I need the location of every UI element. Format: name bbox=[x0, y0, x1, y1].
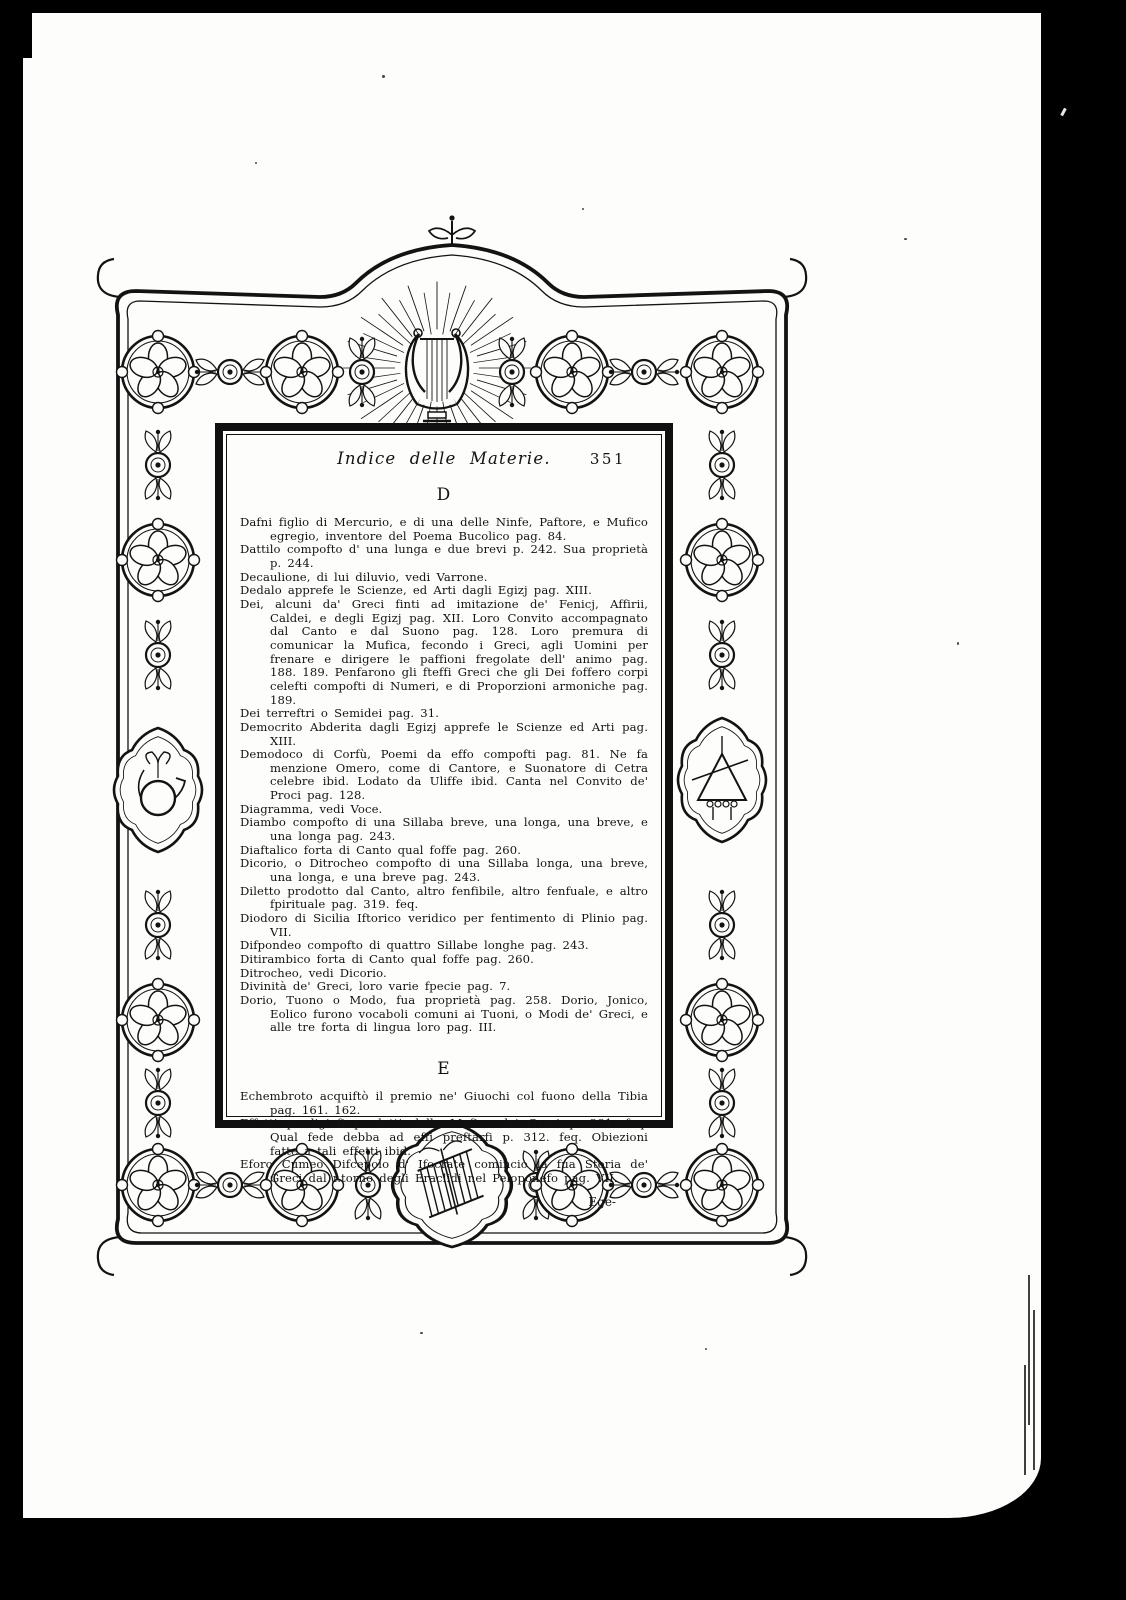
index-entry: Echembroto acquiftò il premio ne' Giuoch… bbox=[240, 1090, 648, 1117]
scan-speck bbox=[705, 1348, 707, 1350]
index-entry: Ditrocheo, vedi Dicorio. bbox=[240, 967, 648, 981]
index-section: DDafni figlio di Mercurio, e di una dell… bbox=[240, 485, 648, 1035]
page-edge-striation bbox=[1024, 1365, 1026, 1475]
section-letter: E bbox=[240, 1059, 648, 1079]
page-gutter-line bbox=[20, 0, 23, 1520]
book-page: Indice delle Materie. 351 DDafni figlio … bbox=[22, 10, 1044, 1518]
catchword: Ege- bbox=[240, 1195, 648, 1209]
scan-speck bbox=[420, 1332, 423, 1334]
index-entry: Diaftalico forta di Canto qual foffe pag… bbox=[240, 844, 648, 858]
page-edge-striation bbox=[1028, 1275, 1030, 1425]
index-entry: Decaulione, di lui diluvio, vedi Varrone… bbox=[240, 571, 648, 585]
text-frame: Indice delle Materie. 351 DDafni figlio … bbox=[215, 423, 673, 1128]
hunting-horn-icon bbox=[114, 728, 202, 852]
section-letter: D bbox=[240, 485, 648, 505]
index-entry: Ditirambico forta di Canto qual foffe pa… bbox=[240, 953, 648, 967]
scan-speck bbox=[255, 162, 257, 164]
crown-finial-icon bbox=[429, 215, 475, 245]
scan-edge-top bbox=[0, 0, 1126, 13]
index-entry: Dei terreftri o Semidei pag. 31. bbox=[240, 707, 648, 721]
scan-edge-corner bbox=[0, 0, 32, 58]
page-edge-striation bbox=[1033, 1310, 1035, 1470]
index-entry: Diodoro di Sicilia Iftorico veridico per… bbox=[240, 912, 648, 939]
index-entry: Dorio, Tuono o Modo, fua proprietà pag. … bbox=[240, 994, 648, 1035]
scan-speck bbox=[382, 75, 385, 78]
scanned-book-page: Indice delle Materie. 351 DDafni figlio … bbox=[0, 0, 1126, 1600]
page-header: Indice delle Materie. 351 bbox=[240, 449, 648, 471]
right-ornament-band bbox=[678, 430, 766, 1138]
index-entry: Diletto prodotto dal Canto, altro fenfib… bbox=[240, 885, 648, 912]
rose-medallion-icon bbox=[117, 331, 200, 414]
index-entry: Dedalo apprefe le Scienze, ed Arti dagli… bbox=[240, 584, 648, 598]
index-entry: Eforo Cumeo Difcepolo d' Ifocrate cominc… bbox=[240, 1158, 648, 1185]
index-entry: Dicorio, o Ditrocheo compofto di una Sil… bbox=[240, 857, 648, 884]
index-sections: DDafni figlio di Mercurio, e di una dell… bbox=[240, 485, 648, 1186]
index-section: EEchembroto acquiftò il premio ne' Giuoc… bbox=[240, 1059, 648, 1186]
index-entry: Difpondeo compofto di quattro Sillabe lo… bbox=[240, 939, 648, 953]
musical-triangle-icon bbox=[678, 718, 766, 842]
text-block: Indice delle Materie. 351 DDafni figlio … bbox=[226, 434, 662, 1117]
left-ornament-band bbox=[114, 430, 202, 1138]
index-entry: Diambo compofto di una Sillaba breve, un… bbox=[240, 816, 648, 843]
index-entry: Effetti prodigiofi prodotti dalla Mufica… bbox=[240, 1117, 648, 1158]
index-entry: Divinità de' Greci, loro varie fpecie pa… bbox=[240, 980, 648, 994]
running-title: Indice delle Materie. bbox=[337, 449, 551, 468]
index-entry: Democrito Abderita dagli Egizj apprefe l… bbox=[240, 721, 648, 748]
index-entry: Diagramma, vedi Voce. bbox=[240, 803, 648, 817]
scan-dust bbox=[1060, 108, 1066, 116]
scan-speck bbox=[957, 642, 959, 645]
index-entry: Dafni figlio di Mercurio, e di una delle… bbox=[240, 516, 648, 543]
page-number: 351 bbox=[590, 450, 626, 468]
scan-speck bbox=[582, 208, 584, 210]
index-entry: Dei, alcuni da' Greci finti ad imitazion… bbox=[240, 598, 648, 707]
index-entry: Demodoco di Corfù, Poemi da effo compoft… bbox=[240, 748, 648, 803]
index-entry: Dattilo compofto d' una lunga e due brev… bbox=[240, 543, 648, 570]
scan-speck bbox=[904, 238, 907, 240]
